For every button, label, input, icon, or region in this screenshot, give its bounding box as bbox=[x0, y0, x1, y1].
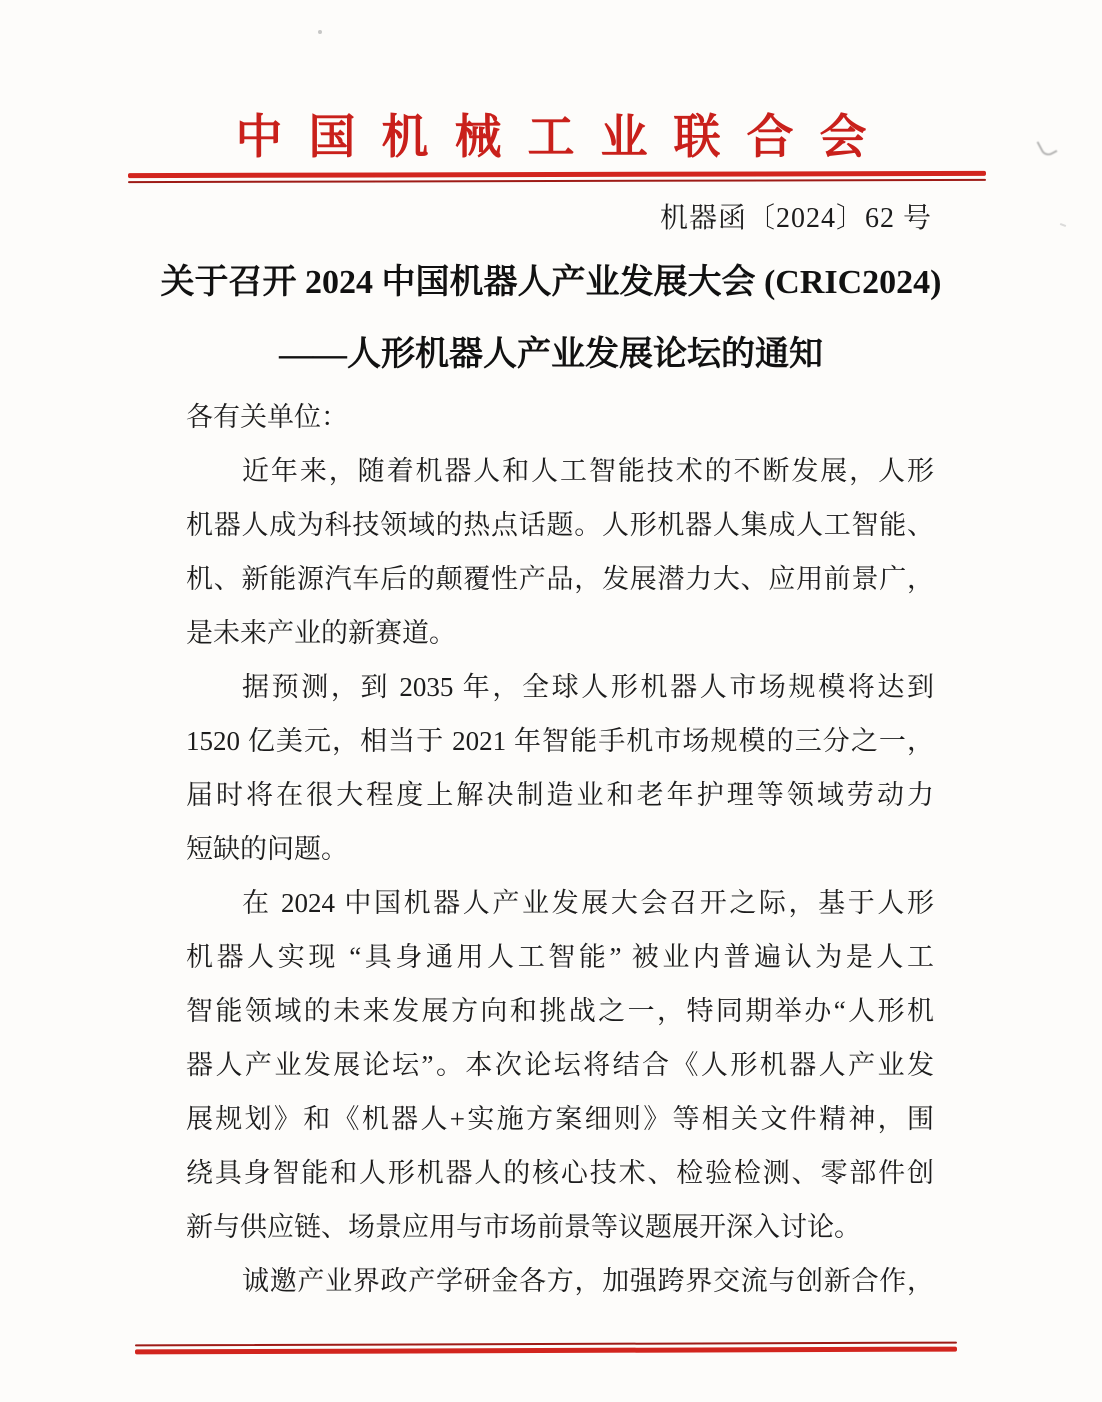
body-line: 器人产业发展论坛”。本次论坛将结合《人形机器人产业发 bbox=[186, 1038, 934, 1092]
body-line: 短缺的问题。 bbox=[186, 822, 934, 876]
letterhead-org-name: 中国机械工业联合会 bbox=[0, 100, 1102, 167]
letterhead-divider-rule bbox=[128, 171, 986, 183]
body-line: 届时将在很大程度上解决制造业和老年护理等领域劳动力 bbox=[186, 768, 934, 822]
body-line: 机器人实现 “具身通用人工智能” 被业内普遍认为是人工 bbox=[186, 930, 934, 984]
body-line: 新与供应链、场景应用与市场前景等议题展开深入讨论。 bbox=[186, 1200, 934, 1254]
body-line: 是未来产业的新赛道。 bbox=[186, 606, 934, 660]
body-line: 近年来，随着机器人和人工智能技术的不断发展，人形 bbox=[186, 444, 934, 498]
body-line: 展规划》和《机器人+实施方案细则》等相关文件精神，围 bbox=[186, 1092, 934, 1146]
scan-artifact-dot bbox=[318, 30, 322, 34]
body-line: 1520 亿美元，相当于 2021 年智能手机市场规模的三分之一， bbox=[186, 714, 934, 768]
body-line: 据预测，到 2035 年，全球人形机器人市场规模将达到 bbox=[186, 660, 934, 714]
official-document-page: 中国机械工业联合会 机器函〔2024〕62 号 关于召开 2024 中国机器人产… bbox=[0, 0, 1102, 1402]
scan-artifact-fleck bbox=[1060, 223, 1066, 227]
body-line: 诚邀产业界政产学研金各方，加强跨界交流与创新合作， bbox=[186, 1254, 934, 1308]
footer-divider-rule bbox=[135, 1342, 957, 1355]
body-line: 机、新能源汽车后的颠覆性产品，发展潜力大、应用前景广， bbox=[186, 552, 934, 606]
document-title-line-1: 关于召开 2024 中国机器人产业发展大会 (CRIC2024) bbox=[0, 254, 1102, 303]
document-reference-number: 机器函〔2024〕62 号 bbox=[660, 196, 932, 236]
document-title-line-2: ——人形机器人产业发展论坛的通知 bbox=[0, 326, 1102, 375]
document-body: 各有关单位： 近年来，随着机器人和人工智能技术的不断发展，人形 机器人成为科技领… bbox=[186, 390, 934, 1308]
body-line: 绕具身智能和人形机器人的核心技术、检验检测、零部件创 bbox=[186, 1146, 934, 1200]
body-line: 机器人成为科技领域的热点话题。人形机器人集成人工智能、 bbox=[186, 498, 934, 552]
body-line: 在 2024 中国机器人产业发展大会召开之际，基于人形 bbox=[186, 876, 934, 930]
body-line: 智能领域的未来发展方向和挑战之一，特同期举办“人形机 bbox=[186, 984, 934, 1038]
body-line-salutation: 各有关单位： bbox=[186, 390, 934, 444]
